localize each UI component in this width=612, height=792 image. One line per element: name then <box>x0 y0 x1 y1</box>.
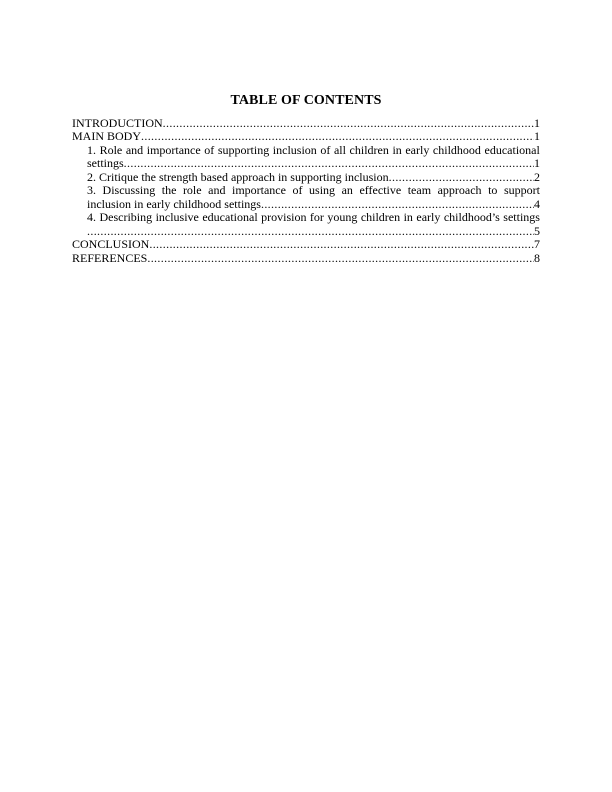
word: childhood’s <box>444 211 500 224</box>
word: to <box>488 184 497 197</box>
word: 4. <box>87 211 96 224</box>
word: importance <box>232 184 286 197</box>
dot-leader <box>141 130 534 143</box>
word: in <box>392 144 401 157</box>
word: inclusion <box>273 144 317 157</box>
toc-entry-references[interactable]: REFERENCES 8 <box>72 252 540 265</box>
dot-leader <box>389 171 534 184</box>
document-page: TABLE OF CONTENTS INTRODUCTION 1 MAIN BO… <box>0 0 612 792</box>
word: and <box>126 144 143 157</box>
toc-page-number: 1 <box>534 117 540 130</box>
word: the <box>162 184 177 197</box>
word: inclusive <box>156 211 199 224</box>
toc-entry-team-approach[interactable]: 3.Discussingtheroleandimportanceofusinga… <box>72 184 540 211</box>
word: approach <box>438 184 482 197</box>
toc-entry-label: REFERENCES <box>72 252 147 265</box>
toc-entry-first-line: 4.Describinginclusiveeducationalprovisio… <box>87 211 540 224</box>
toc-page-number: 1 <box>534 130 540 143</box>
word: childhood <box>433 144 481 157</box>
word: educational <box>202 211 257 224</box>
word: of <box>293 184 303 197</box>
table-of-contents: INTRODUCTION 1 MAIN BODY 1 1.Roleandimpo… <box>72 117 540 265</box>
dot-leader <box>147 252 534 265</box>
word: and <box>208 184 225 197</box>
toc-entry-label: MAIN BODY <box>72 130 141 143</box>
word: young <box>327 211 357 224</box>
word: children <box>350 144 389 157</box>
toc-entry-main-body[interactable]: MAIN BODY 1 <box>72 130 540 143</box>
toc-entry-critique-strength-based[interactable]: 2. Critique the strength based approach … <box>72 171 540 184</box>
toc-entry-first-line: 1.Roleandimportanceofsupportinginclusion… <box>87 144 540 157</box>
word: early <box>405 144 429 157</box>
word: for <box>310 211 324 224</box>
toc-entry-label: CONCLUSION <box>72 238 149 251</box>
word: supporting <box>218 144 269 157</box>
toc-page-number: 4 <box>534 198 540 211</box>
toc-entry-conclusion[interactable]: CONCLUSION 7 <box>72 238 540 251</box>
word: Discussing <box>103 184 156 197</box>
toc-entry-first-line: 3.Discussingtheroleandimportanceofusinga… <box>87 184 540 197</box>
toc-entry-label: 2. Critique the strength based approach … <box>87 171 389 184</box>
toc-title: TABLE OF CONTENTS <box>0 92 612 110</box>
toc-page-number: 2 <box>534 171 540 184</box>
word: effective <box>359 184 401 197</box>
toc-entry-inclusive-provision[interactable]: 4.Describinginclusiveeducationalprovisio… <box>72 211 540 238</box>
dot-leader <box>149 238 534 251</box>
word: children <box>361 211 400 224</box>
word: team <box>408 184 431 197</box>
toc-entry-role-and-importance[interactable]: 1.Roleandimportanceofsupportinginclusion… <box>72 144 540 171</box>
dot-leader <box>124 157 534 170</box>
dot-leader <box>261 198 534 211</box>
word: provision <box>261 211 306 224</box>
word: Role <box>100 144 123 157</box>
word: importance <box>147 144 201 157</box>
word: educational <box>485 144 540 157</box>
toc-entry-introduction[interactable]: INTRODUCTION 1 <box>72 117 540 130</box>
toc-page-number: 5 <box>534 225 540 238</box>
word: 1. <box>87 144 96 157</box>
word: early <box>416 211 440 224</box>
dot-leader <box>163 117 534 130</box>
toc-page-number: 1 <box>534 157 540 170</box>
word: in <box>404 211 413 224</box>
toc-entry-label: INTRODUCTION <box>72 117 163 130</box>
toc-page-number: 7 <box>534 238 540 251</box>
toc-page-number: 8 <box>534 252 540 265</box>
word: settings <box>503 211 540 224</box>
word: of <box>204 144 214 157</box>
dot-leader <box>87 225 534 238</box>
word: 3. <box>87 184 96 197</box>
word: role <box>183 184 202 197</box>
word: an <box>342 184 353 197</box>
word: using <box>309 184 335 197</box>
word: of <box>320 144 330 157</box>
word: support <box>504 184 540 197</box>
toc-entry-label: inclusion in early childhood settings <box>87 198 261 211</box>
toc-entry-label: settings <box>87 157 124 170</box>
word: all <box>334 144 346 157</box>
word: Describing <box>99 211 152 224</box>
